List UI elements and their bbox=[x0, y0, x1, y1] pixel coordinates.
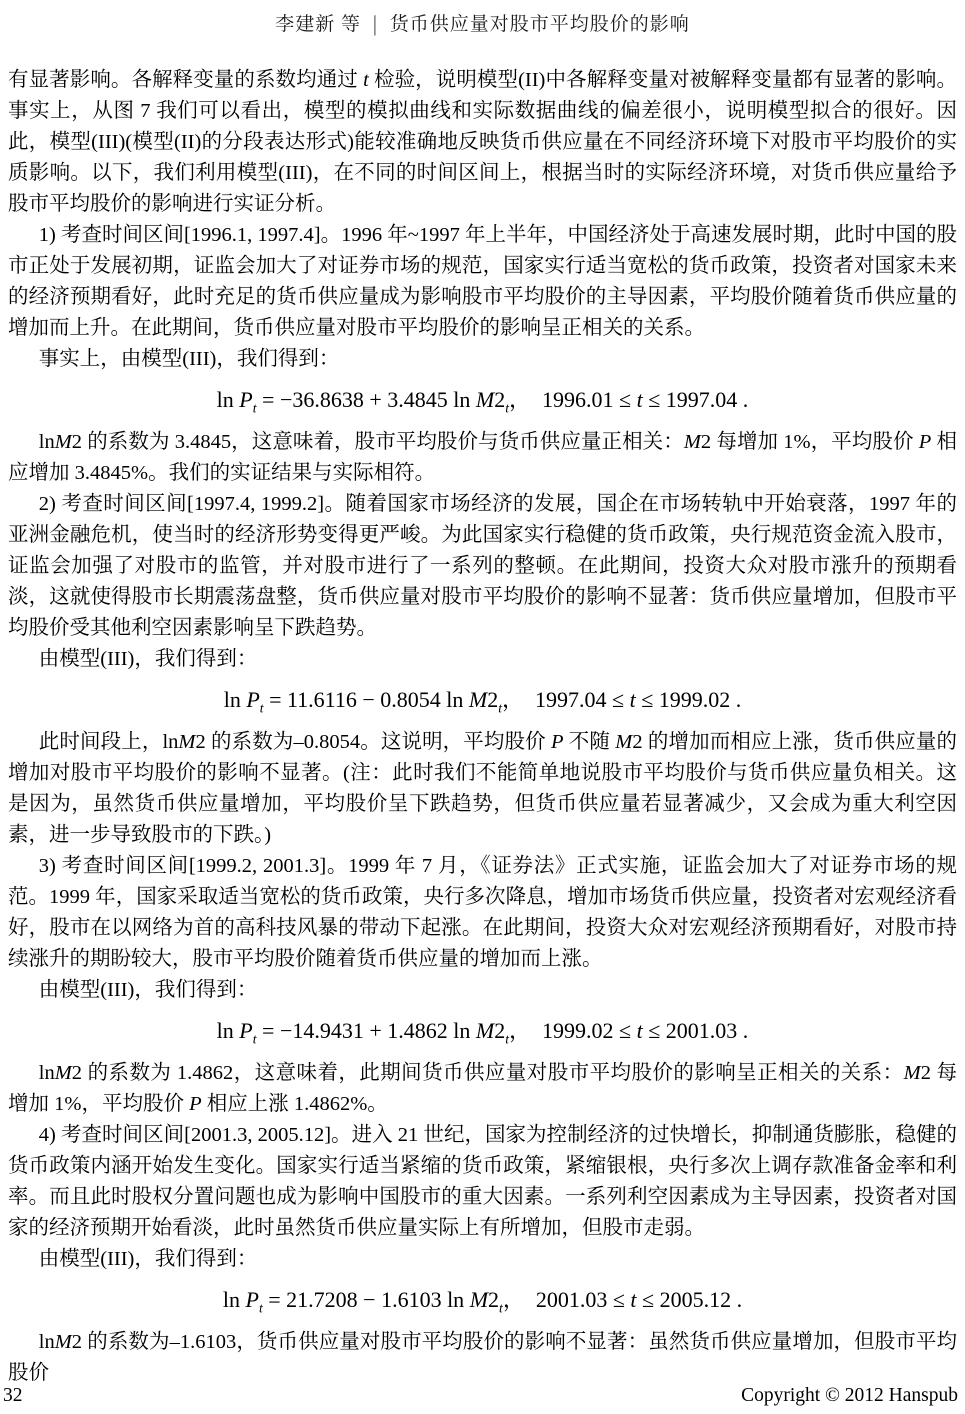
paper-running-title: 货币供应量对股市平均股价的影响 bbox=[390, 14, 690, 35]
paragraph-period-4: 4) 考查时间区间[2001.3, 2005.12]。进入 21 世纪，国家为控… bbox=[8, 1120, 957, 1244]
text-run: ln bbox=[39, 431, 55, 453]
text-run: ln bbox=[224, 687, 247, 712]
text-run: 由模型(III)，我们得到： bbox=[39, 979, 258, 1001]
text-run: ， bbox=[509, 1018, 542, 1043]
text-run: 1997.04 ≤ bbox=[535, 687, 630, 712]
equation-period-1: ln Pt = −36.8638 + 3.4845 ln M2t， 1996.0… bbox=[8, 382, 957, 418]
paragraph-period-1: 1) 考查时间区间[1996.1, 1997.4]。1996 年~1997 年上… bbox=[8, 220, 957, 344]
paragraph-model-lead-3: 由模型(III)，我们得到： bbox=[8, 975, 957, 1006]
math-variable: P bbox=[189, 1093, 202, 1115]
text-run: = −14.9431 + 1.4862 ln bbox=[257, 1018, 476, 1043]
text-run: 相应上涨 1.4862%。 bbox=[202, 1093, 388, 1115]
page-number: 32 bbox=[3, 1385, 23, 1407]
text-run: 有显著影响。各解释变量的系数均通过 bbox=[8, 69, 363, 91]
text-run: ≤ 2005.12 . bbox=[637, 1287, 743, 1312]
text-run: 不随 bbox=[564, 731, 616, 753]
text-run: 2 bbox=[494, 387, 505, 412]
text-run: ≤ 2001.03 . bbox=[643, 1018, 749, 1043]
paragraph-model-lead-2: 由模型(III)，我们得到： bbox=[8, 644, 957, 675]
header-separator: | bbox=[373, 12, 378, 37]
paragraph-coefficient-3: lnM2 的系数为 1.4862，这意味着，此期间货币供应量对股市平均股价的影响… bbox=[8, 1058, 957, 1120]
page-body: 有显著影响。各解释变量的系数均通过 t 检验，说明模型(II)中各解释变量对被解… bbox=[8, 65, 957, 1389]
equation-period-2: ln Pt = 11.6116 − 0.8054 ln M2t， 1997.04… bbox=[8, 682, 957, 718]
text-run: ln bbox=[39, 1062, 55, 1084]
text-run: ， bbox=[509, 387, 542, 412]
text-run: 3) 考查时间区间[1999.2, 2001.3]。1999 年 7 月，《证券… bbox=[8, 855, 957, 970]
equation-period-4: ln Pt = 21.7208 − 1.6103 ln M2t， 2001.03… bbox=[8, 1282, 957, 1318]
math-variable: P bbox=[239, 1018, 252, 1043]
equation-period-3: ln Pt = −14.9431 + 1.4862 ln M2t， 1999.0… bbox=[8, 1013, 957, 1049]
text-run: 2 的系数为 3.4845，这意味着，股市平均股价与货币供应量正相关： bbox=[72, 431, 684, 453]
math-variable: M bbox=[615, 731, 632, 753]
text-run: ln bbox=[223, 1287, 246, 1312]
text-run: 2 的系数为–1.6103，货币供应量对股市平均股价的影响不显著：虽然货币供应量… bbox=[8, 1331, 957, 1384]
text-run: 2 的系数为 1.4862，这意味着，此期间货币供应量对股市平均股价的影响呈正相… bbox=[72, 1062, 904, 1084]
paragraph-coefficient-1: lnM2 的系数为 3.4845，这意味着，股市平均股价与货币供应量正相关：M2… bbox=[8, 427, 957, 489]
text-run: 2 bbox=[488, 1287, 499, 1312]
copyright-notice: Copyright © 2012 Hanspub bbox=[741, 1385, 958, 1407]
text-run: 2 bbox=[487, 687, 498, 712]
math-variable: M bbox=[55, 431, 72, 453]
page-footer: 32 Copyright © 2012 Hanspub bbox=[0, 1380, 965, 1414]
math-variable: P bbox=[919, 431, 932, 453]
math-variable: M bbox=[469, 687, 487, 712]
paragraph-model-fit-discussion: 有显著影响。各解释变量的系数均通过 t 检验，说明模型(II)中各解释变量对被解… bbox=[8, 65, 957, 220]
text-run: ， bbox=[503, 1287, 536, 1312]
text-run: 2 的系数为–0.8054。这说明，平均股价 bbox=[196, 731, 552, 753]
math-variable: P bbox=[246, 687, 259, 712]
text-run: 2) 考查时间区间[1997.4, 1999.2]。随着国家市场经济的发展，国企… bbox=[8, 493, 957, 639]
math-variable: M bbox=[476, 387, 494, 412]
page-header: 李建新 等|货币供应量对股市平均股价的影响 bbox=[0, 0, 965, 36]
text-run: 1996.01 ≤ bbox=[542, 387, 637, 412]
text-run: 由模型(III)，我们得到： bbox=[39, 648, 258, 670]
math-variable: M bbox=[55, 1062, 72, 1084]
math-variable: M bbox=[904, 1062, 921, 1084]
text-run: 2 每增加 1%，平均股价 bbox=[701, 431, 919, 453]
author-names: 李建新 等 bbox=[275, 14, 361, 35]
math-variable: M bbox=[470, 1287, 488, 1312]
text-run: 此时间段上，ln bbox=[39, 731, 179, 753]
text-run: ln bbox=[217, 387, 240, 412]
text-run: ln bbox=[39, 1331, 55, 1353]
text-run: 由模型(III)，我们得到： bbox=[39, 1248, 258, 1270]
math-variable: M bbox=[55, 1331, 72, 1353]
text-run: = 21.7208 − 1.6103 ln bbox=[263, 1287, 470, 1312]
text-run: ， bbox=[502, 687, 535, 712]
math-variable: M bbox=[684, 431, 701, 453]
text-run: = 11.6116 − 0.8054 ln bbox=[264, 687, 469, 712]
text-run: ≤ 1997.04 . bbox=[643, 387, 749, 412]
math-variable: P bbox=[246, 1287, 259, 1312]
math-variable: M bbox=[476, 1018, 494, 1043]
paragraph-model-lead-4: 由模型(III)，我们得到： bbox=[8, 1244, 957, 1275]
paragraph-period-2: 2) 考查时间区间[1997.4, 1999.2]。随着国家市场经济的发展，国企… bbox=[8, 489, 957, 644]
text-run: 1999.02 ≤ bbox=[542, 1018, 637, 1043]
text-run: 1) 考查时间区间[1996.1, 1997.4]。1996 年~1997 年上… bbox=[8, 224, 957, 339]
text-run: 2001.03 ≤ bbox=[536, 1287, 631, 1312]
text-run: 2 bbox=[494, 1018, 505, 1043]
text-run: ≤ 1999.02 . bbox=[636, 687, 742, 712]
text-run: ln bbox=[217, 1018, 240, 1043]
math-variable: P bbox=[239, 387, 252, 412]
text-run: 4) 考查时间区间[2001.3, 2005.12]。进入 21 世纪，国家为控… bbox=[8, 1124, 957, 1239]
paper-page: 李建新 等|货币供应量对股市平均股价的影响 有显著影响。各解释变量的系数均通过 … bbox=[0, 0, 965, 1414]
math-variable: M bbox=[178, 731, 195, 753]
paragraph-coefficient-2: 此时间段上，lnM2 的系数为–0.8054。这说明，平均股价 P 不随 M2 … bbox=[8, 727, 957, 851]
paragraph-period-3: 3) 考查时间区间[1999.2, 2001.3]。1999 年 7 月，《证券… bbox=[8, 851, 957, 975]
math-variable: P bbox=[551, 731, 564, 753]
text-run: = −36.8638 + 3.4845 ln bbox=[257, 387, 476, 412]
text-run: 事实上，由模型(III)，我们得到： bbox=[39, 348, 340, 370]
paragraph-model-lead-1: 事实上，由模型(III)，我们得到： bbox=[8, 344, 957, 375]
